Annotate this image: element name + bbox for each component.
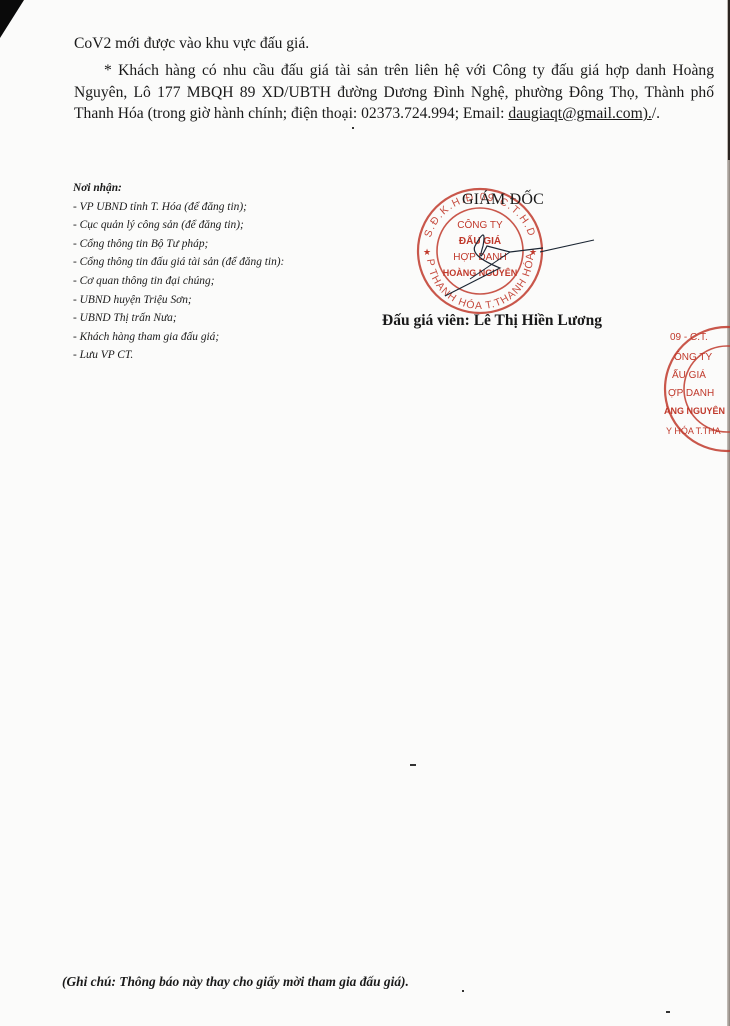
- stamp-line-1: CÔNG TY: [457, 218, 503, 231]
- svg-text:★: ★: [423, 247, 431, 257]
- contact-paragraph: * Khách hàng có nhu cầu đấu giá tài sản …: [74, 60, 714, 125]
- partial-stamp-top: 09 - C.T.: [670, 332, 708, 343]
- recipient-item: - Cục quản lý công sản (để đăng tin);: [73, 216, 284, 235]
- signature-tail: [540, 238, 595, 258]
- recipient-item: - Cổng thông tin Bộ Tư pháp;: [73, 235, 284, 254]
- scan-speck: [352, 127, 354, 129]
- recipient-item: - UBND huyện Triệu Sơn;: [73, 291, 284, 310]
- recipients-block: Nơi nhận: - VP UBND tỉnh T. Hóa (để đăng…: [73, 179, 284, 365]
- recipient-item: - VP UBND tỉnh T. Hóa (để đăng tin);: [73, 198, 284, 217]
- partial-stamp: 09 - C.T. ÔNG TY ẤU GIÁ ỢP DANH ÀNG NGUY…: [662, 324, 730, 454]
- signatory-title: GIÁM ĐỐC: [462, 191, 544, 209]
- recipients-title: Nơi nhận:: [73, 179, 284, 198]
- partial-stamp-line-2: ẤU GIÁ: [672, 368, 706, 381]
- contact-email-link[interactable]: daugiaqt@gmail.com).: [508, 105, 651, 122]
- recipient-item: - Cổng thông tin đấu giá tài sản (để đăn…: [73, 253, 284, 272]
- partial-stamp-line-4: ÀNG NGUYÊN: [664, 405, 725, 416]
- stamp-line-2: ĐẤU GIÁ: [459, 234, 501, 247]
- recipient-item: - UBND Thị trấn Nưa;: [73, 309, 284, 328]
- scan-speck: [462, 990, 464, 992]
- contact-text-end: /.: [652, 105, 660, 122]
- signer-name: Đấu giá viên: Lê Thị Hiền Lương: [382, 312, 602, 330]
- footnote: (Ghi chú: Thông báo này thay cho giấy mờ…: [62, 974, 409, 990]
- recipient-item: - Khách hàng tham gia đấu giá;: [73, 328, 284, 347]
- recipient-item: - Cơ quan thông tin đại chúng;: [73, 272, 284, 291]
- partial-stamp-bottom: Y HÓA T.THA: [666, 426, 721, 436]
- partial-stamp-line-3: ỢP DANH: [668, 388, 714, 399]
- continuation-line: CoV2 mới được vào khu vực đấu giá.: [74, 33, 714, 55]
- page-corner-fold: [0, 0, 24, 38]
- partial-stamp-line-1: ÔNG TY: [674, 350, 712, 363]
- recipient-item: - Lưu VP CT.: [73, 346, 284, 365]
- scan-speck: [410, 764, 416, 766]
- scan-speck: [666, 1011, 670, 1013]
